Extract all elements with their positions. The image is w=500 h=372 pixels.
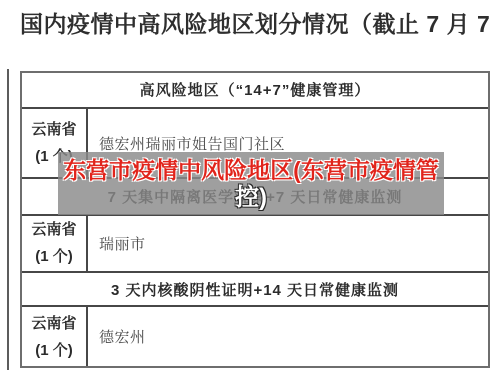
- watermark-banner: 东营市疫情中风险地区(东营市疫情管 控): [58, 152, 444, 215]
- area-cell: 德宏州: [88, 307, 488, 366]
- note-text: 3 天内核酸阴性证明+14 天日常健康监测: [111, 279, 399, 300]
- area-cell: 瑞丽市: [88, 216, 488, 271]
- province-name: 云南省: [31, 116, 76, 143]
- province-name: 云南省: [31, 216, 76, 243]
- page-title: 国内疫情中高风险地区划分情况（截止 7 月 7 日）: [20, 6, 490, 39]
- area-name: 瑞丽市: [99, 233, 146, 254]
- province-count: (1 个): [35, 243, 73, 270]
- table-row-ruili: 云南省 (1 个) 瑞丽市: [22, 214, 488, 271]
- province-cell: 云南省 (1 个): [22, 216, 88, 271]
- province-count: (1 个): [35, 337, 73, 364]
- risk-area-table: 高风险地区（“14+7”健康管理） 云南省 (1 个) 德宏州瑞丽市姐告国门社区…: [20, 71, 490, 368]
- left-rule-divider: [7, 69, 9, 370]
- province-cell: 云南省 (1 个): [22, 307, 88, 366]
- table-header-row: 高风险地区（“14+7”健康管理）: [22, 73, 488, 107]
- watermark-line2: 控): [235, 183, 267, 213]
- table-note-nucleic-acid: 3 天内核酸阴性证明+14 天日常健康监测: [22, 271, 488, 306]
- province-name: 云南省: [31, 310, 76, 337]
- watermark-line1: 东营市疫情中风险地区(东营市疫情管: [63, 155, 439, 185]
- table-row-dehong: 云南省 (1 个) 德宏州: [22, 305, 488, 366]
- table-header-label: 高风险地区（“14+7”健康管理）: [140, 79, 371, 100]
- area-name: 德宏州: [99, 326, 146, 347]
- area-name: 德宏州瑞丽市姐告国门社区: [99, 133, 285, 154]
- page-root: { "page": { "title": "国内疫情中高风险地区划分情况（截止 …: [0, 0, 500, 372]
